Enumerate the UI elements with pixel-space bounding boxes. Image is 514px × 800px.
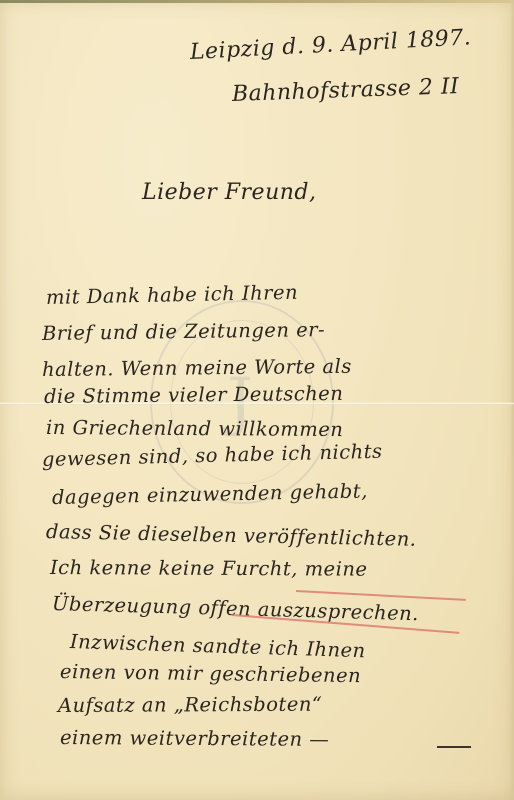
paper-right-edge	[510, 0, 514, 800]
body-line: gewesen sind, so habe ich nichts	[42, 440, 383, 471]
body-line: einem weitverbreiteten —	[60, 726, 329, 751]
place-date: Leipzig d. 9. April 1897.	[189, 25, 471, 65]
body-line: Brief und die Zeitungen er-	[42, 318, 325, 345]
body-line: Überzeugung offen auszusprechen.	[52, 592, 420, 625]
letter-page: J Leipzig d. 9. April 1897. Bahnhofstras…	[0, 0, 514, 800]
body-line: halten. Wenn meine Worte als	[42, 355, 352, 381]
paper-top-edge	[0, 0, 514, 3]
salutation: Lieber Freund,	[142, 180, 317, 205]
body-line: Ich kenne keine Furcht, meine	[50, 556, 368, 581]
address: Bahnhofstrasse 2 II	[232, 74, 460, 107]
body-line: einen von mir geschriebenen	[60, 660, 361, 687]
body-line: dagegen einzuwenden gehabt,	[52, 479, 368, 509]
closing-dash	[437, 746, 471, 748]
body-line: Aufsatz an „Reichsboten“	[58, 693, 322, 717]
body-line: Inzwischen sandte ich Ihnen	[70, 630, 366, 662]
body-line: die Stimme vieler Deutschen	[44, 382, 344, 408]
body-line: in Griechenland willkommen	[46, 416, 344, 441]
body-line: dass Sie dieselben veröffentlichten.	[46, 520, 417, 551]
